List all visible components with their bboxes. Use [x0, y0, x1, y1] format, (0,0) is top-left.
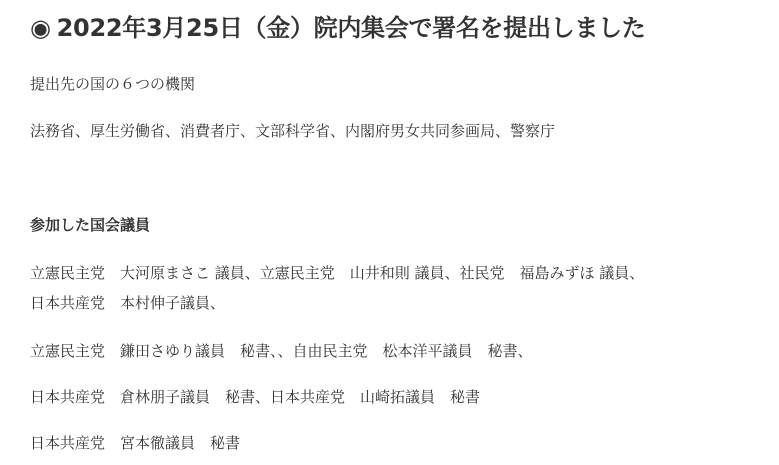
submission-label: 提出先の国の６つの機関 — [30, 73, 195, 95]
participant-line: 立憲民主党 鎌田さゆり議員 秘書、、自由民主党 松本洋平議員 秘書、 — [30, 340, 533, 362]
participant-line: 立憲民主党 大河原まさこ 議員、立憲民主党 山井和則 議員、社民党 福島みずほ … — [30, 262, 644, 284]
bullet-circle-icon: ◉ — [30, 12, 51, 44]
agency-list: 法務省、厚生労働省、消費者庁、文部科学省、内閣府男女共同参画局、警察庁 — [30, 120, 555, 142]
page-title: ◉2022年3月25日（金）院内集会で署名を提出しました — [30, 12, 645, 44]
participant-line: 日本共産党 倉林朋子議員 秘書、日本共産党 山崎拓議員 秘書 — [30, 386, 480, 408]
participant-line: 日本共産党 宮本徹議員 秘書 — [30, 432, 240, 454]
participant-line: 日本共産党 本村伸子議員、 — [30, 292, 225, 314]
title-text: 2022年3月25日（金）院内集会で署名を提出しました — [57, 14, 646, 42]
participants-heading: 参加した国会議員 — [30, 214, 150, 236]
